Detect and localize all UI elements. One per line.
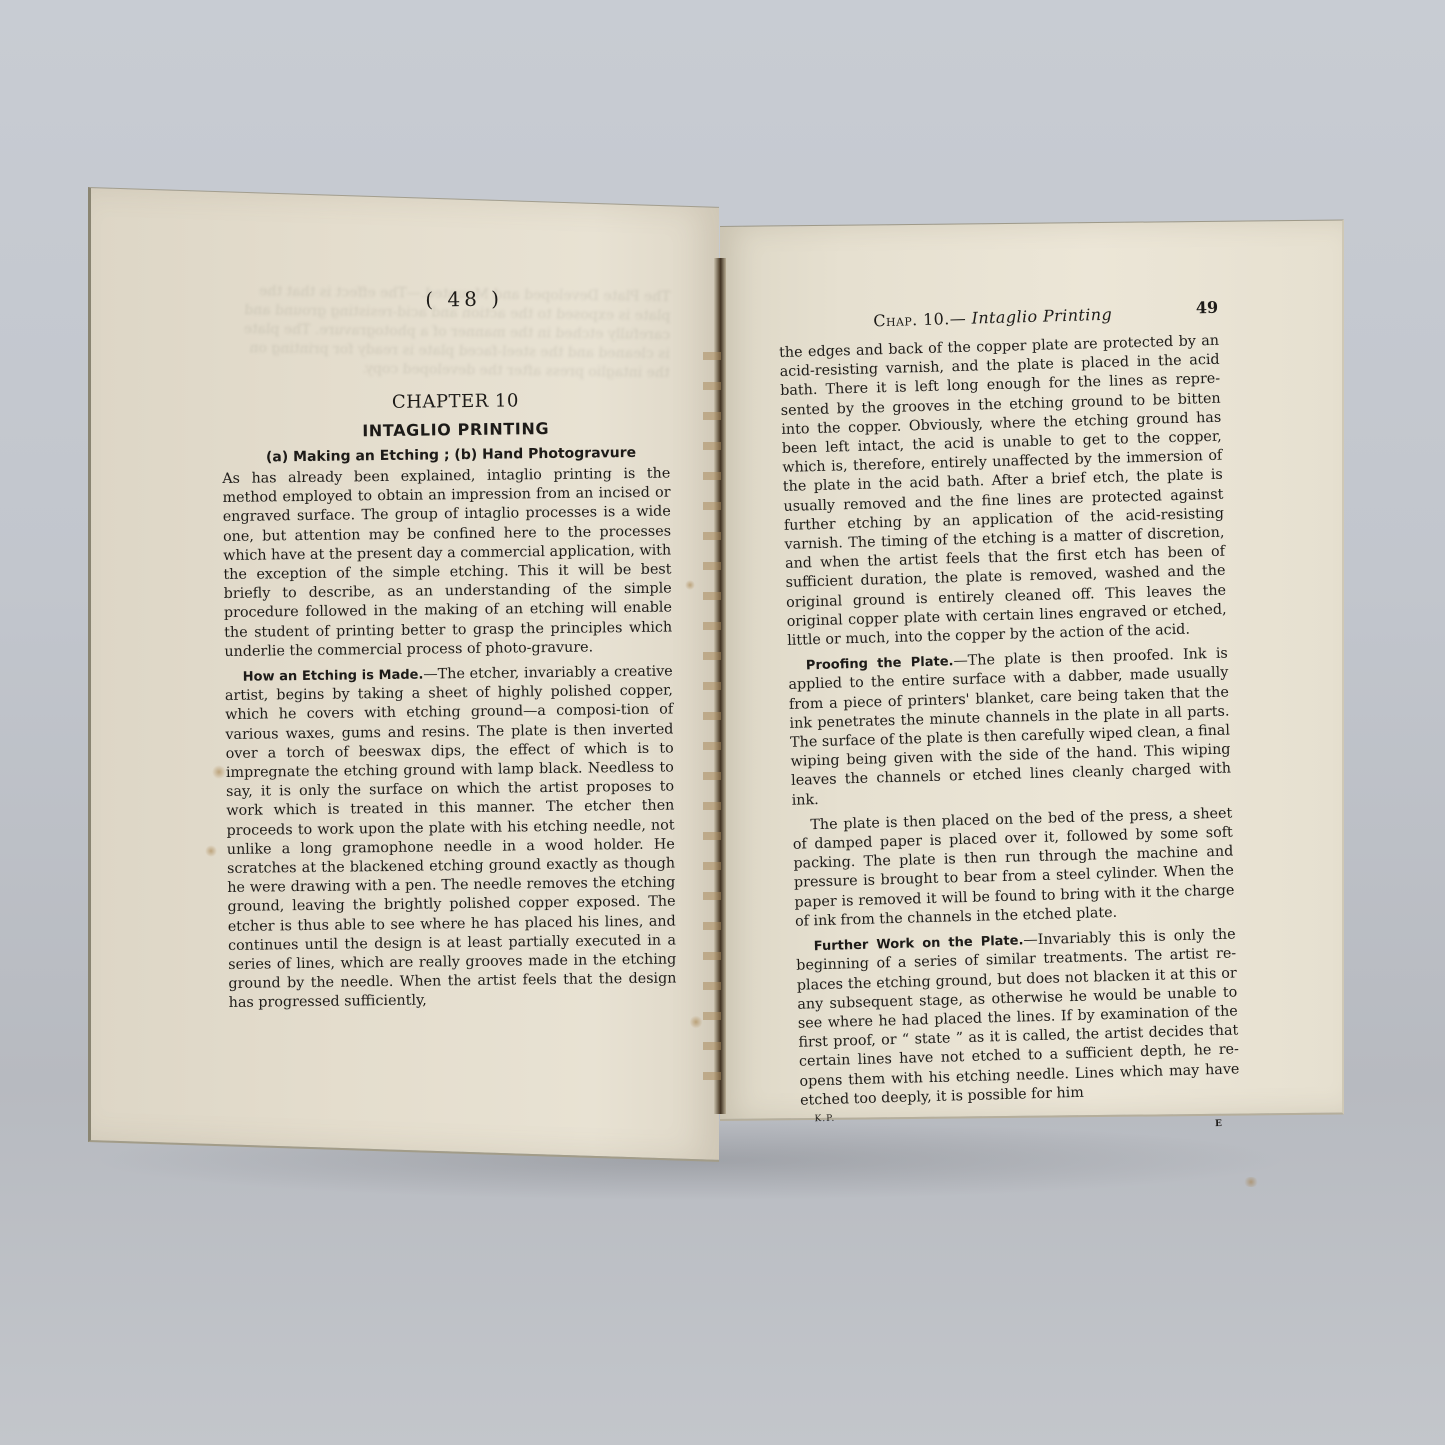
foxing-spot — [690, 1015, 702, 1029]
page-footer: K.P. E — [801, 1104, 1241, 1138]
right-body-text: the edges and back of the copper plate a… — [779, 332, 1240, 1111]
footer-signature: K.P. — [814, 1114, 835, 1125]
left-body-text: As has already been explained, intaglio … — [222, 465, 677, 1014]
chapter-title: INTAGLIO PRINTING — [222, 418, 670, 442]
running-head-chapter: Chap. 10.— — [873, 309, 966, 331]
paragraph-text: the edges and back of the copper plate a… — [779, 333, 1227, 649]
binding-stitches — [703, 330, 721, 1090]
running-head-subject: Intaglio Printing — [971, 305, 1112, 328]
paragraph-how-etching-made: How an Etching is Made.—The etcher, inva… — [225, 663, 677, 1014]
paragraph-further-work: Further Work on the Plate.—Invariably th… — [796, 926, 1241, 1111]
paragraph-proofing: Proofing the Plate.—The plate is then pr… — [788, 645, 1232, 811]
open-book: The Plate Developed and Mounted.—The eff… — [0, 0, 1445, 1445]
chapter-subtitle: (a) Making an Etching ; (b) Hand Photogr… — [222, 445, 670, 466]
foxing-spot — [685, 580, 695, 590]
right-page-content: Chap. 10.— Intaglio Printing 49 the edge… — [778, 298, 1241, 1139]
section-heading: Further Work on the Plate. — [814, 933, 1024, 954]
footer-signature-mark: E — [1215, 1119, 1223, 1129]
page-number-left: ( 48 ) — [220, 285, 668, 314]
chapter-number: CHAPTER 10 — [221, 389, 669, 415]
paragraph-continued: the edges and back of the copper plate a… — [779, 332, 1227, 651]
paragraph-intro: As has already been explained, intaglio … — [222, 465, 672, 662]
left-page-content: ( 48 ) CHAPTER 10 INTAGLIO PRINTING (a) … — [220, 285, 677, 1020]
section-heading: How an Etching is Made. — [243, 668, 424, 685]
foxing-spot — [212, 765, 226, 779]
foxing-spot — [205, 845, 217, 857]
foxing-spot — [1243, 1177, 1259, 1187]
paragraph-text: The plate is then placed on the bed of t… — [793, 805, 1235, 929]
running-head-title: Chap. 10.— Intaglio Printing — [873, 305, 1112, 331]
paragraph-text: —The etcher, invariably a creative artis… — [225, 664, 677, 1012]
paragraph-text: As has already been explained, intaglio … — [222, 466, 672, 660]
page-number-right: 49 — [1196, 298, 1219, 318]
paragraph-press: The plate is then placed on the bed of t… — [792, 804, 1235, 931]
section-heading: Proofing the Plate. — [806, 654, 954, 673]
paragraph-text: —Invariably this is only the beginning o… — [796, 927, 1239, 1109]
